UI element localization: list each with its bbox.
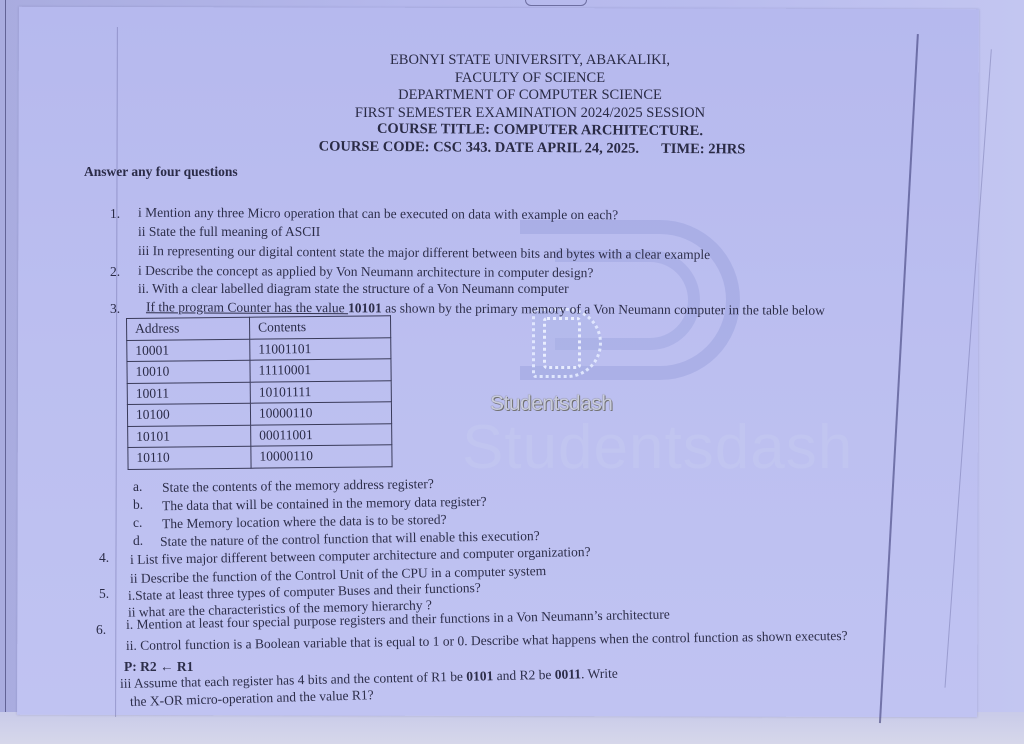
address-cell: 10101 xyxy=(128,425,251,448)
q1-part-ii: ii State the full meaning of ASCII xyxy=(138,224,320,240)
table-row: 1011010000110 xyxy=(128,445,392,469)
table-row: 1010010000110 xyxy=(127,402,391,426)
header-address: Address xyxy=(127,317,250,340)
memory-table: Address Contents 1000111001101 100101111… xyxy=(126,315,393,469)
paper-tab xyxy=(525,0,587,6)
question-number: 6. xyxy=(96,622,106,638)
instruction: Answer any four questions xyxy=(84,164,238,180)
address-cell: 10100 xyxy=(127,403,250,426)
table-row: 1010100011001 xyxy=(128,423,392,447)
fold-line xyxy=(115,27,118,717)
edge-line xyxy=(5,0,6,744)
exam-header: EBONYI STATE UNIVERSITY, ABAKALIKI, FACU… xyxy=(300,52,760,157)
course-code-date: COURSE CODE: CSC 343. DATE APRIL 24, 202… xyxy=(319,138,639,156)
r2-value: 0011 xyxy=(555,666,582,682)
contents-cell: 10101111 xyxy=(250,380,391,403)
q3-stem-pre: If the program Counter has the value xyxy=(146,299,348,315)
contents-cell: 11110001 xyxy=(250,359,391,382)
table-header-row: Address Contents xyxy=(127,316,391,340)
department-name: DEPARTMENT OF COMPUTER SCIENCE xyxy=(300,87,760,105)
exam-time: TIME: 2HRS xyxy=(661,140,745,157)
part-letter: c. xyxy=(133,515,142,531)
q6-iii-post: . Write xyxy=(581,666,618,682)
address-cell: 10011 xyxy=(127,382,250,405)
address-cell: 10110 xyxy=(128,446,251,469)
q2-part-ii: ii. With a clear labelled diagram state … xyxy=(138,281,569,297)
contents-cell: 10000110 xyxy=(251,445,392,468)
q2-part-i: i Describe the concept as applied by Von… xyxy=(138,263,593,281)
q1-part-i: i Mention any three Micro operation that… xyxy=(138,205,618,224)
header-contents: Contents xyxy=(249,316,390,339)
part-letter: b. xyxy=(133,497,143,513)
question-number: 4. xyxy=(99,550,109,566)
program-counter-value: 10101 xyxy=(348,300,382,315)
table-row: 1001110101111 xyxy=(127,380,391,404)
watermark-small-text: Studentsdash xyxy=(490,392,612,416)
part-letter: a. xyxy=(133,479,142,495)
exam-session: FIRST SEMESTER EXAMINATION 2024/2025 SES… xyxy=(300,105,760,123)
address-cell: 10001 xyxy=(127,339,250,362)
university-name: EBONYI STATE UNIVERSITY, ABAKALIKI, xyxy=(300,52,760,70)
question-number: 1. xyxy=(110,206,120,222)
fold-line xyxy=(879,34,919,723)
question-number: 5. xyxy=(99,586,109,602)
control-function-statement: P: R2 ← R1 xyxy=(124,659,193,675)
question-number: 3. xyxy=(110,301,120,317)
contents-cell: 10000110 xyxy=(250,402,391,425)
watermark-big-text: Studentsdash xyxy=(462,412,853,483)
table-row: 1000111001101 xyxy=(127,337,391,361)
address-cell: 10010 xyxy=(127,360,250,383)
table-row: 1001011110001 xyxy=(127,359,391,383)
r1-value: 0101 xyxy=(466,668,493,684)
contents-cell: 11001101 xyxy=(250,337,391,360)
faculty-name: FACULTY OF SCIENCE xyxy=(300,70,760,88)
q6-iii-mid: and R2 be xyxy=(493,667,555,683)
part-letter: d. xyxy=(133,533,143,549)
question-number: 2. xyxy=(110,264,120,280)
q3-stem-post: as shown by the primary memory of a Von … xyxy=(382,300,825,317)
s-glyph-icon xyxy=(543,317,581,369)
course-code-line: COURSE CODE: CSC 343. DATE APRIL 24, 202… xyxy=(302,138,762,159)
contents-cell: 00011001 xyxy=(251,423,392,446)
studentsdash-logo-icon xyxy=(532,308,602,378)
